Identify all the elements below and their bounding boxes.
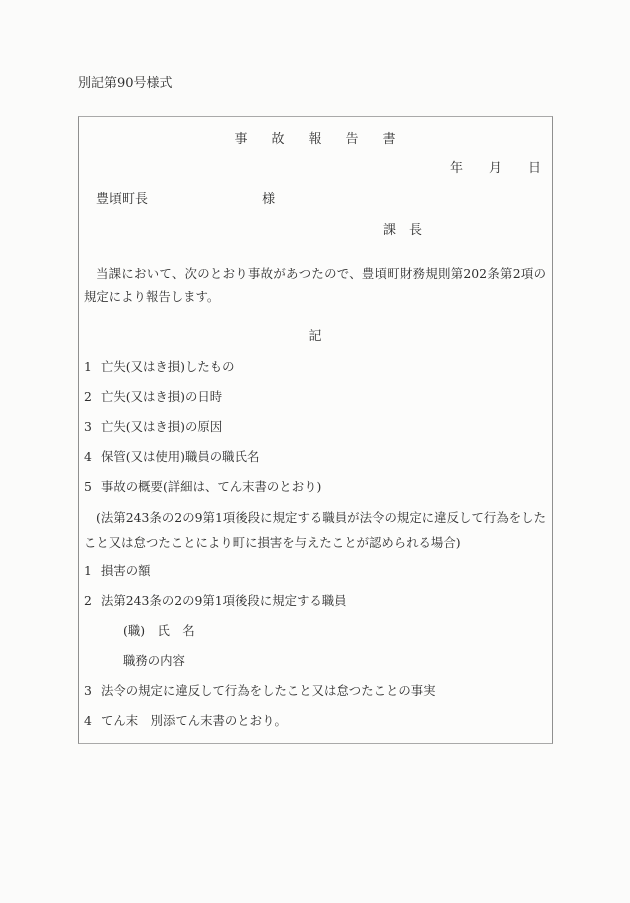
report-title-text: 事故報告書 — [234, 132, 419, 147]
report-box: 事故報告書 年 月 日 豊頃町長 様 課 長 当課において、次のとおり事故があつ… — [78, 116, 553, 744]
body-paragraph: 当課において、次のとおり事故があつたので、豊頃町財務規則第202条第2項の規定に… — [84, 262, 546, 308]
document-page: 別記第90号様式 事故報告書 年 月 日 豊頃町長 様 課 長 当課において、次… — [0, 0, 630, 903]
item-number: 4 — [84, 450, 101, 463]
list-b-item-3: 3法令の規定に違反して行為をしたこと又は怠つたことの事実 — [84, 684, 546, 697]
addressee-line: 豊頃町長 様 — [84, 193, 546, 207]
item-number: 1 — [84, 360, 101, 373]
list-b-item-2-sub-duty: 職務の内容 — [84, 654, 546, 667]
condition-note: (法第243条の2の9第1項後段に規定する職員が法令の規定に違反して行為をしたこ… — [84, 505, 546, 555]
sender-title: 課 長 — [84, 224, 546, 238]
item-text: 亡失(又はき損)したもの — [101, 359, 235, 374]
item-text: 保管(又は使用)職員の職氏名 — [101, 449, 259, 464]
report-title: 事故報告書 — [84, 133, 546, 147]
item-number: 2 — [84, 594, 101, 607]
item-number: 5 — [84, 480, 101, 493]
item-number: 2 — [84, 390, 101, 403]
list-a-item-3: 3亡失(又はき損)の原因 — [84, 420, 546, 433]
item-number: 1 — [84, 564, 101, 577]
item-number: 4 — [84, 714, 101, 727]
item-number: 3 — [84, 684, 101, 697]
list-a-item-4: 4保管(又は使用)職員の職氏名 — [84, 450, 546, 463]
list-b-item-2: 2法第243条の2の9第1項後段に規定する職員 — [84, 594, 546, 607]
list-b-item-2-sub-name: (職) 氏 名 — [84, 624, 546, 637]
item-text: 損害の額 — [101, 563, 151, 578]
item-text: てん末 別添てん末書のとおり。 — [101, 713, 287, 728]
record-marker: 記 — [84, 330, 546, 343]
addressee-name: 豊頃町長 — [96, 192, 148, 207]
list-a-item-1: 1亡失(又はき損)したもの — [84, 360, 546, 373]
list-a-item-2: 2亡失(又はき損)の日時 — [84, 390, 546, 403]
list-b-item-1: 1損害の額 — [84, 564, 546, 577]
item-text: 法第243条の2の9第1項後段に規定する職員 — [101, 593, 347, 608]
date-line: 年 月 日 — [84, 162, 546, 176]
item-text: 事故の概要(詳細は、てん末書のとおり) — [101, 479, 321, 494]
item-text: 亡失(又はき損)の日時 — [101, 389, 222, 404]
item-text: 法令の規定に違反して行為をしたこと又は怠つたことの事実 — [101, 683, 436, 698]
form-number-label: 別記第90号様式 — [78, 77, 173, 90]
list-a-item-5: 5事故の概要(詳細は、てん末書のとおり) — [84, 480, 546, 493]
addressee-honorific: 様 — [262, 192, 275, 207]
list-b-item-4: 4てん末 別添てん末書のとおり。 — [84, 714, 546, 727]
item-text: 亡失(又はき損)の原因 — [101, 419, 222, 434]
item-number: 3 — [84, 420, 101, 433]
